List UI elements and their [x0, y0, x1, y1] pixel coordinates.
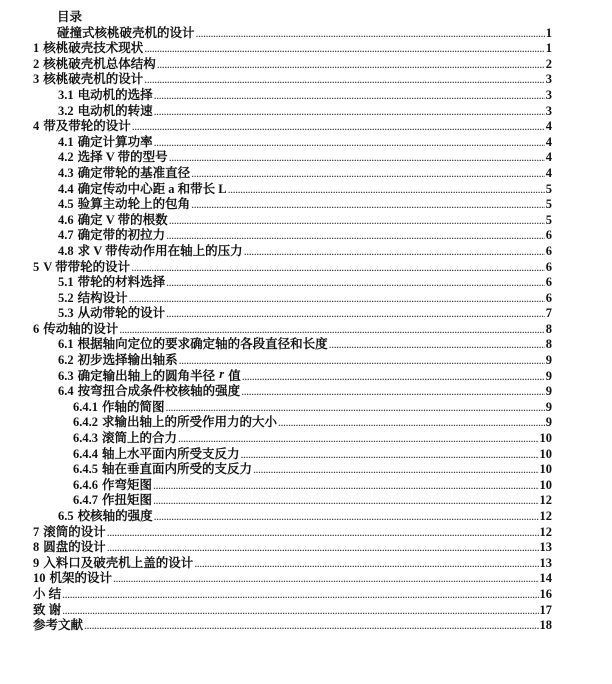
- toc-entry-page: 13: [540, 540, 553, 556]
- toc-entry-page: 2: [546, 57, 552, 73]
- table-of-contents: 目录 碰撞式核桃破壳机的设计 1 1 核桃破壳技术现状 1 2 核桃破壳机总体结…: [0, 0, 612, 634]
- toc-entry-page: 13: [540, 556, 553, 572]
- toc-entry-title: 求 V 带传动作用在轴上的压力: [78, 244, 243, 260]
- toc-entry-page: 9: [546, 384, 552, 400]
- toc-entry-title: 滚筒上的合力: [102, 431, 177, 447]
- toc-entry[interactable]: 6.4.1 作轴的简图 9: [33, 400, 552, 416]
- dot-leader: [241, 384, 545, 400]
- dot-leader: [154, 135, 545, 151]
- toc-entry-page: 6: [546, 291, 552, 307]
- toc-entry-number: 9: [33, 556, 39, 572]
- toc-entry[interactable]: 4.7 确定带的初拉力 6: [33, 228, 552, 244]
- dot-leader: [157, 57, 545, 73]
- toc-entry-page: 4: [546, 150, 552, 166]
- toc-entry-number: 5.1: [58, 275, 74, 291]
- toc-entry-page: 12: [540, 509, 553, 525]
- dot-leader: [84, 618, 538, 634]
- toc-entry-page: 5: [546, 213, 552, 229]
- toc-heading: 目录: [33, 10, 552, 26]
- toc-entry-number: 4.4: [58, 182, 74, 198]
- toc-entry-page: 16: [540, 587, 553, 603]
- toc-entry-number: 6.4.5: [73, 462, 98, 478]
- toc-entry-title: 机架的设计: [50, 571, 113, 587]
- toc-entry[interactable]: 5.1 带轮的材料选择 6: [33, 275, 552, 291]
- dot-leader: [166, 306, 545, 322]
- document-page: 目录 碰撞式核桃破壳机的设计 1 1 核桃破壳技术现状 1 2 核桃破壳机总体结…: [0, 0, 612, 684]
- toc-entry-title: 核桃破壳机的设计: [43, 72, 143, 88]
- toc-entry[interactable]: 6.2 初步选择输出轴系 9: [33, 353, 552, 369]
- toc-entry-number: 5.3: [58, 306, 74, 322]
- toc-entry[interactable]: 4 带及带轮的设计 4: [33, 119, 552, 135]
- toc-entry[interactable]: 5.2 结构设计 6: [33, 291, 552, 307]
- dot-leader: [166, 400, 545, 416]
- dot-leader: [154, 88, 545, 104]
- toc-entry-page: 4: [546, 135, 552, 151]
- toc-entry-page: 7: [546, 306, 552, 322]
- toc-entry-page: 8: [546, 322, 552, 338]
- toc-entry-title: 作扭矩图: [102, 493, 152, 509]
- toc-entry-title: 传动轴的设计: [43, 322, 118, 338]
- toc-entry-number: 4.7: [58, 228, 74, 244]
- toc-entry-page: 14: [540, 571, 553, 587]
- toc-entry-number: 6.4.1: [73, 400, 98, 416]
- toc-entry-page: 6: [546, 228, 552, 244]
- toc-entry-page: 9: [546, 415, 552, 431]
- dot-leader: [62, 587, 538, 603]
- toc-entry[interactable]: 4.4 确定传动中心距 a 和带长 L 5: [33, 182, 552, 198]
- toc-entry[interactable]: 6.4.2 求输出轴上的所受作用力的大小 9: [33, 415, 552, 431]
- dot-leader: [228, 182, 545, 198]
- toc-entry[interactable]: 9 入料口及破壳机上盖的设计 13: [33, 556, 552, 572]
- toc-entry[interactable]: 6.4.5 轴在垂直面内所受的支反力 10: [33, 462, 552, 478]
- toc-entry[interactable]: 4.6 确定 V 带的根数 5: [33, 213, 552, 229]
- toc-entry-number: 4.3: [58, 166, 74, 182]
- toc-entry[interactable]: 6 传动轴的设计 8: [33, 322, 552, 338]
- toc-entry-number: 1: [33, 41, 39, 57]
- toc-entry[interactable]: 4.3 确定带轮的基准直径 4: [33, 166, 552, 182]
- toc-entry-title: 核桃破壳技术现状: [43, 41, 143, 57]
- toc-entry[interactable]: 6.4.6 作弯矩图 10: [33, 478, 552, 494]
- toc-entry[interactable]: 4.2 选择 V 带的型号 4: [33, 150, 552, 166]
- toc-entry[interactable]: 小 结 16: [33, 587, 552, 603]
- toc-entry-title: 电动机的选择: [78, 88, 153, 104]
- toc-entry[interactable]: 4.8 求 V 带传动作用在轴上的压力 6: [33, 244, 552, 260]
- toc-entry-title: 碰撞式核桃破壳机的设计: [57, 26, 195, 42]
- toc-entry-title: 轴在垂直面内所受的支反力: [102, 462, 252, 478]
- toc-entry-number: 10: [33, 571, 46, 587]
- toc-entry-page: 4: [546, 119, 552, 135]
- toc-entry-title: 致 谢: [33, 603, 61, 619]
- toc-entry-title: 作轴的简图: [102, 400, 165, 416]
- toc-entry-title: 确定输出轴上的圆角半径 r 值: [78, 369, 241, 385]
- dot-leader: [191, 166, 545, 182]
- toc-entry-title: 选择 V 带的型号: [78, 150, 168, 166]
- toc-entry[interactable]: 5.3 从动带轮的设计 7: [33, 306, 552, 322]
- toc-entry[interactable]: 1 核桃破壳技术现状 1: [33, 41, 552, 57]
- toc-entry-title: 电动机的转速: [78, 104, 153, 120]
- dot-leader: [241, 447, 539, 463]
- toc-entry-number: 6.4.3: [73, 431, 98, 447]
- dot-leader: [144, 41, 544, 57]
- toc-entry-number: 6.4.4: [73, 447, 98, 463]
- toc-entry[interactable]: 参考文献 18: [33, 618, 552, 634]
- toc-entry[interactable]: 8 圆盘的设计 13: [33, 540, 552, 556]
- dot-leader: [196, 26, 545, 42]
- toc-entry-title: 验算主动轮上的包角: [78, 197, 191, 213]
- dot-leader: [132, 119, 545, 135]
- dot-leader: [131, 260, 545, 276]
- dot-leader: [253, 462, 538, 478]
- toc-entry-page: 9: [546, 369, 552, 385]
- dot-leader: [154, 104, 545, 120]
- dot-leader: [107, 540, 539, 556]
- toc-entry-title: 从动带轮的设计: [78, 306, 166, 322]
- toc-entry-number: 6.2: [58, 353, 74, 369]
- toc-entry-title: 小 结: [33, 587, 61, 603]
- toc-entry-page: 5: [546, 182, 552, 198]
- toc-entry[interactable]: 3 核桃破壳机的设计 3: [33, 72, 552, 88]
- toc-entry-number: 4.1: [58, 135, 74, 151]
- toc-entry-page: 18: [540, 618, 553, 634]
- toc-entry-page: 12: [540, 525, 553, 541]
- toc-entry-title: 求输出轴上的所受作用力的大小: [102, 415, 277, 431]
- toc-list: 碰撞式核桃破壳机的设计 1 1 核桃破壳技术现状 1 2 核桃破壳机总体结构 2…: [33, 26, 552, 634]
- toc-entry-page: 3: [546, 88, 552, 104]
- toc-entry-number: 8: [33, 540, 39, 556]
- dot-leader: [153, 493, 538, 509]
- toc-entry-title: 初步选择输出轴系: [78, 353, 178, 369]
- toc-entry-title: 确定传动中心距 a 和带长 L: [78, 182, 227, 198]
- toc-entry-page: 4: [546, 166, 552, 182]
- toc-entry[interactable]: 6.4.4 轴上水平面内所受支反力 10: [33, 447, 552, 463]
- dot-leader: [194, 556, 538, 572]
- toc-entry-number: 6.4.2: [73, 415, 98, 431]
- toc-entry-page: 8: [546, 337, 552, 353]
- toc-entry-page: 3: [546, 72, 552, 88]
- toc-entry-title: 圆盘的设计: [43, 540, 106, 556]
- toc-entry-number: 4.6: [58, 213, 74, 229]
- toc-entry-page: 6: [546, 275, 552, 291]
- dot-leader: [129, 291, 545, 307]
- toc-entry-page: 12: [540, 493, 553, 509]
- toc-entry-number: 5.2: [58, 291, 74, 307]
- toc-entry-page: 1: [546, 41, 552, 57]
- toc-entry-number: 4: [33, 119, 39, 135]
- toc-entry[interactable]: 10 机架的设计 14: [33, 571, 552, 587]
- toc-entry-number: 4.8: [58, 244, 74, 260]
- toc-entry[interactable]: 碰撞式核桃破壳机的设计 1: [33, 26, 552, 42]
- toc-entry-number: 6: [33, 322, 39, 338]
- toc-entry-number: 6.4: [58, 384, 74, 400]
- toc-entry-title: 带及带轮的设计: [43, 119, 131, 135]
- toc-entry-number: 3.1: [58, 88, 74, 104]
- toc-entry-page: 10: [540, 447, 553, 463]
- toc-entry-page: 17: [540, 603, 553, 619]
- toc-entry-number: 6.4.7: [73, 493, 98, 509]
- toc-entry[interactable]: 3.2 电动机的转速 3: [33, 104, 552, 120]
- toc-entry[interactable]: 致 谢 17: [33, 603, 552, 619]
- toc-entry-title: 轴上水平面内所受支反力: [102, 447, 240, 463]
- toc-entry-number: 5: [33, 260, 39, 276]
- toc-entry[interactable]: 6.4.3 滚筒上的合力 10: [33, 431, 552, 447]
- dot-leader: [62, 603, 538, 619]
- toc-entry-number: 3.2: [58, 104, 74, 120]
- dot-leader: [166, 228, 545, 244]
- dot-leader: [154, 509, 539, 525]
- toc-entry-page: 10: [540, 462, 553, 478]
- dot-leader: [244, 244, 545, 260]
- dot-leader: [107, 525, 539, 541]
- toc-entry-page: 3: [546, 104, 552, 120]
- dot-leader: [169, 150, 545, 166]
- dot-leader: [119, 322, 544, 338]
- toc-entry[interactable]: 6.4 按弯扭合成条件校核轴的强度 9: [33, 384, 552, 400]
- toc-entry[interactable]: 3.1 电动机的选择 3: [33, 88, 552, 104]
- toc-entry[interactable]: 6.3 确定输出轴上的圆角半径 r 值 9: [33, 369, 552, 385]
- toc-entry-title: 确定计算功率: [78, 135, 153, 151]
- toc-entry-page: 6: [546, 244, 552, 260]
- toc-entry-title: 确定带轮的基准直径: [78, 166, 191, 182]
- toc-entry-number: 4.2: [58, 150, 74, 166]
- toc-entry-title: 按弯扭合成条件校核轴的强度: [78, 384, 241, 400]
- toc-entry-number: 6.1: [58, 337, 74, 353]
- toc-entry-title: 参考文献: [33, 618, 83, 634]
- toc-entry-title: 确定 V 带的根数: [78, 213, 168, 229]
- dot-leader: [329, 337, 545, 353]
- toc-entry-page: 10: [540, 478, 553, 494]
- toc-entry-title: 入料口及破壳机上盖的设计: [43, 556, 193, 572]
- dot-leader: [169, 213, 545, 229]
- toc-entry-page: 10: [540, 431, 553, 447]
- toc-entry[interactable]: 7 滚筒的设计 12: [33, 525, 552, 541]
- dot-leader: [178, 431, 538, 447]
- dot-leader: [179, 353, 545, 369]
- dot-leader: [166, 275, 545, 291]
- toc-entry[interactable]: 6.1 根据轴向定位的要求确定轴的各段直径和长度 8: [33, 337, 552, 353]
- toc-entry-number: 3: [33, 72, 39, 88]
- dot-leader: [191, 197, 545, 213]
- toc-entry-title: 核桃破壳机总体结构: [43, 57, 156, 73]
- toc-entry-page: 1: [546, 26, 552, 42]
- toc-entry-title: 作弯矩图: [102, 478, 152, 494]
- toc-entry[interactable]: 4.1 确定计算功率 4: [33, 135, 552, 151]
- toc-entry-page: 9: [546, 353, 552, 369]
- toc-entry-title: 结构设计: [78, 291, 128, 307]
- dot-leader: [278, 415, 545, 431]
- toc-entry-number: 2: [33, 57, 39, 73]
- toc-entry[interactable]: 4.5 验算主动轮上的包角 5: [33, 197, 552, 213]
- toc-entry-title: 确定带的初拉力: [78, 228, 166, 244]
- toc-entry-title: 滚筒的设计: [43, 525, 106, 541]
- toc-entry-number: 6.3: [58, 369, 74, 385]
- toc-entry-page: 5: [546, 197, 552, 213]
- toc-entry-page: 6: [546, 260, 552, 276]
- toc-entry-title: 带轮的材料选择: [78, 275, 166, 291]
- toc-entry-number: 7: [33, 525, 39, 541]
- toc-entry-number: 4.5: [58, 197, 74, 213]
- toc-entry-number: 6.4.6: [73, 478, 98, 494]
- toc-entry-variable: r: [219, 367, 224, 381]
- toc-entry[interactable]: 5 V 带带轮的设计 6: [33, 260, 552, 276]
- toc-entry-title: 校核轴的强度: [78, 509, 153, 525]
- dot-leader: [113, 571, 538, 587]
- toc-entry[interactable]: 2 核桃破壳机总体结构 2: [33, 57, 552, 73]
- toc-entry-number: 6.5: [58, 509, 74, 525]
- toc-entry[interactable]: 6.5 校核轴的强度 12: [33, 509, 552, 525]
- dot-leader: [153, 478, 538, 494]
- toc-entry-title: 根据轴向定位的要求确定轴的各段直径和长度: [78, 337, 328, 353]
- dot-leader: [242, 369, 545, 385]
- toc-entry-page: 9: [546, 400, 552, 416]
- toc-entry[interactable]: 6.4.7 作扭矩图 12: [33, 493, 552, 509]
- toc-entry-title: V 带带轮的设计: [43, 260, 130, 276]
- dot-leader: [144, 72, 544, 88]
